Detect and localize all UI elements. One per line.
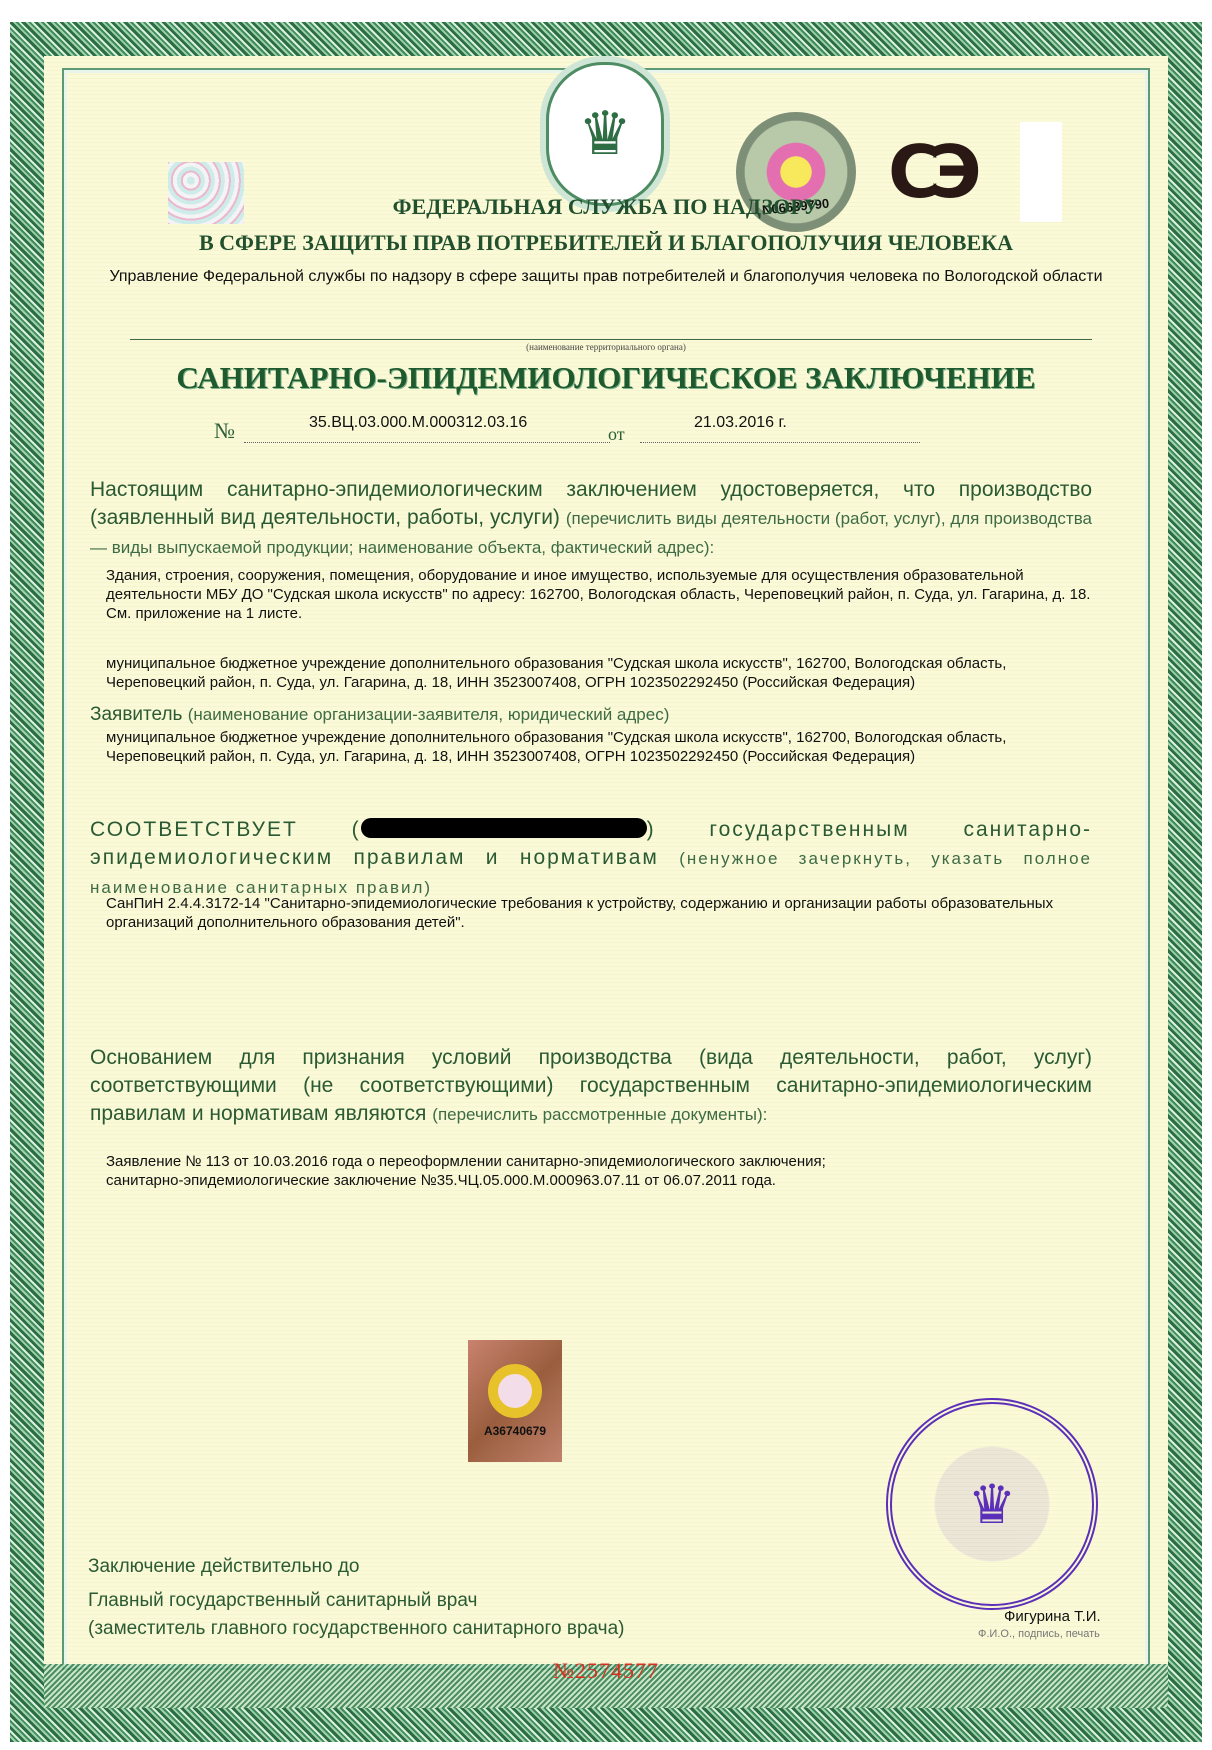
emblem-badge: ♛ xyxy=(546,62,664,206)
basis-line-1: Заявление № 113 от 10.03.2016 года о пер… xyxy=(106,1152,1092,1171)
double-headed-eagle-icon: ♛ xyxy=(578,104,632,164)
signature-caption: Ф.И.О., подпись, печать xyxy=(978,1628,1100,1640)
basis-paragraph: Основанием для признания условий произво… xyxy=(90,1044,1092,1129)
conformity-word: СООТВЕТСТВУЕТ ( xyxy=(90,818,361,841)
territorial-underline xyxy=(130,339,1092,340)
from-label: от xyxy=(608,424,625,445)
agency-name-line2: В СФЕРЕ ЗАЩИТЫ ПРАВ ПОТРЕБИТЕЛЕЙ И БЛАГО… xyxy=(0,230,1212,256)
conformity-paragraph: СООТВЕТСТВУЕТ () государственным санитар… xyxy=(90,816,1092,902)
basis-documents: Заявление № 113 от 10.03.2016 года о пер… xyxy=(106,1152,1092,1190)
signer-name: Фигурина Т.И. xyxy=(1004,1608,1101,1625)
se-hologram-icon xyxy=(488,1364,542,1418)
hologram-bottom-serial: А36740679 xyxy=(484,1424,546,1438)
territorial-caption: (наименование территориального органа) xyxy=(0,342,1212,352)
certificate-number: 35.ВЦ.03.000.М.000312.03.16 xyxy=(309,414,527,432)
applicant-label: Заявитель xyxy=(90,704,182,725)
chief-title: Главный государственный санитарный врач xyxy=(88,1590,477,1612)
agency-name-line1: ФЕДЕРАЛЬНАЯ СЛУЖБА ПО НАДЗОРУ xyxy=(0,194,1212,220)
object-description: Здания, строения, сооружения, помещения,… xyxy=(106,566,1092,623)
basis-hint: (перечислить рассмотренные документы): xyxy=(432,1105,767,1124)
producer-description: муниципальное бюджетное учреждение допол… xyxy=(106,654,1092,692)
issue-date: 21.03.2016 г. xyxy=(694,414,787,432)
certify-paragraph: Настоящим санитарно-эпидемиологическим з… xyxy=(90,476,1092,562)
number-sign: № xyxy=(214,418,235,444)
validity-label: Заключение действительно до xyxy=(88,1556,359,1578)
number-row: № 35.ВЦ.03.000.М.000312.03.16 от 21.03.2… xyxy=(214,412,984,444)
official-seal-icon: ♛ xyxy=(886,1398,1098,1610)
number-underline xyxy=(244,442,610,443)
chief-deputy-title: (заместитель главного государственного с… xyxy=(88,1618,624,1640)
date-underline xyxy=(640,442,920,443)
applicant-value: муниципальное бюджетное учреждение допол… xyxy=(106,728,1092,766)
hologram-sticker-bottom: А36740679 xyxy=(468,1340,562,1462)
form-serial-number: №2574577 xyxy=(0,1658,1212,1684)
applicant-hint: (наименование организации-заявителя, юри… xyxy=(188,705,670,724)
document-title: САНИТАРНО-ЭПИДЕМИОЛОГИЧЕСКОЕ ЗАКЛЮЧЕНИЕ xyxy=(0,360,1212,396)
sanitary-rules: СанПиН 2.4.4.3172-14 "Санитарно-эпидемио… xyxy=(106,894,1092,932)
redaction-bar xyxy=(361,818,647,838)
territorial-body: Управление Федеральной службы по надзору… xyxy=(100,266,1112,287)
applicant-heading: Заявитель (наименование организации-заяв… xyxy=(90,704,669,726)
basis-line-2: санитарно-эпидемиологические заключение … xyxy=(106,1171,1092,1190)
